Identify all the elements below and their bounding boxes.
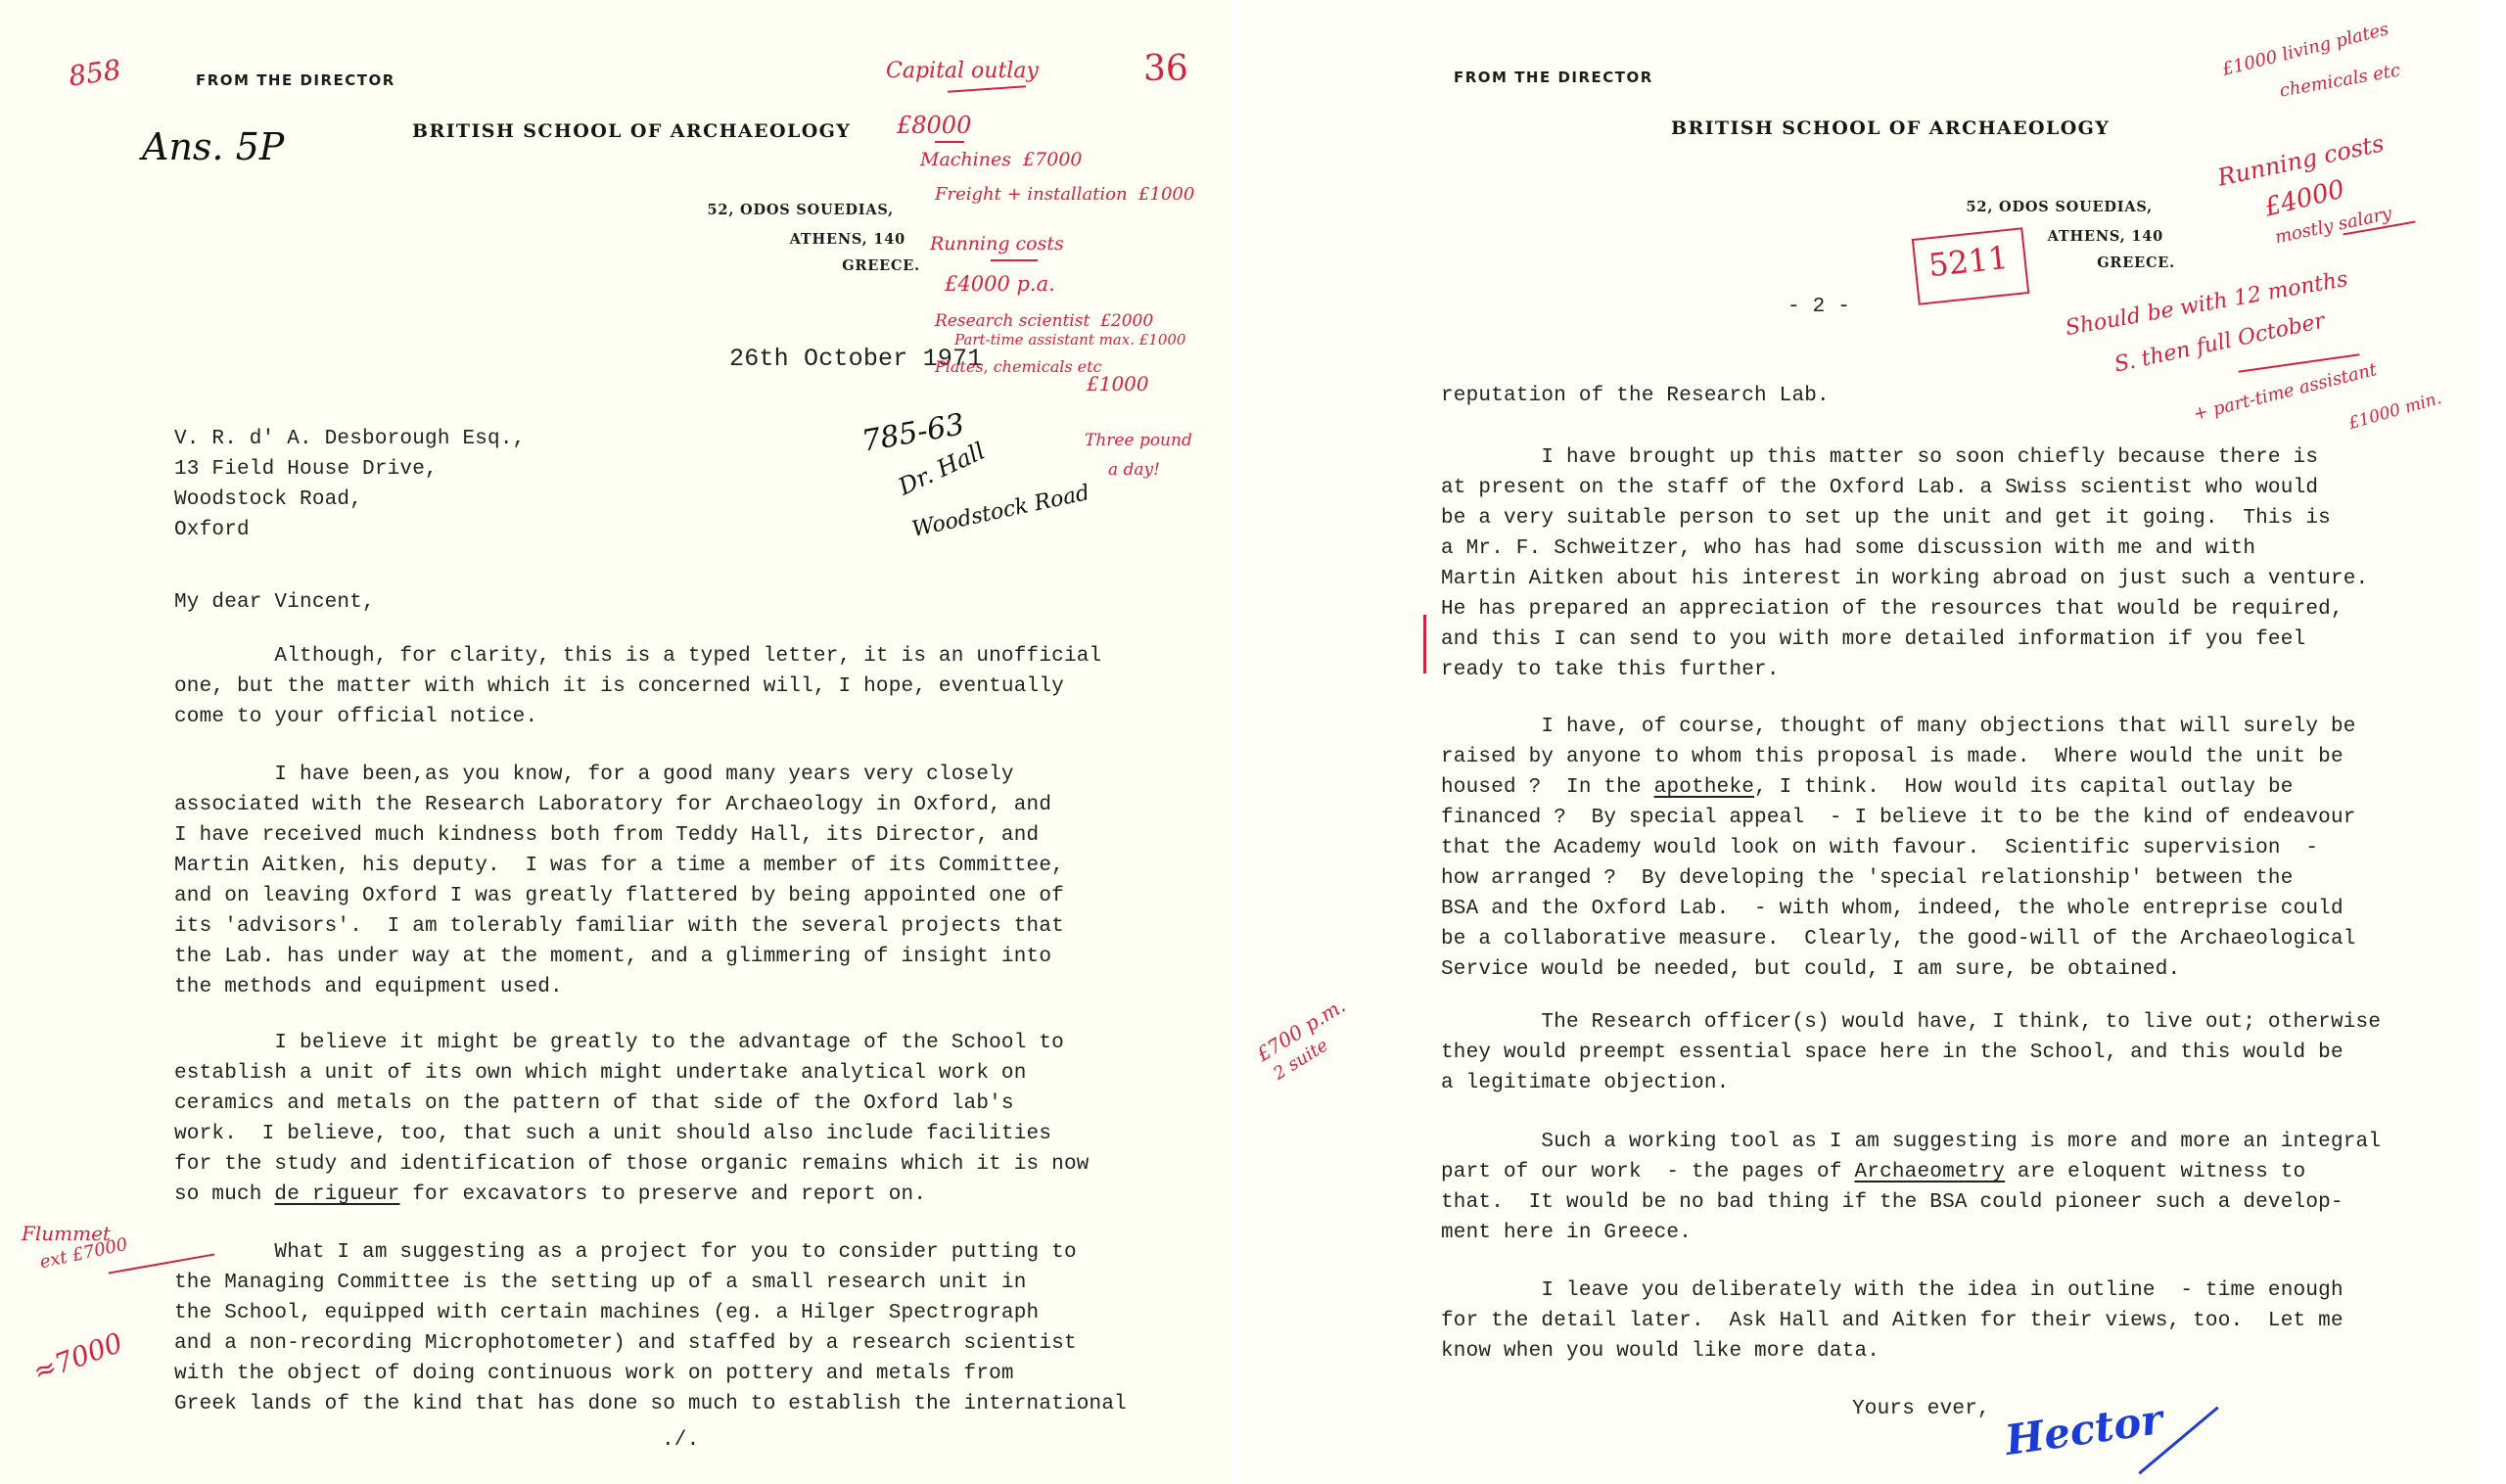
annotation-machines: Machines £7000 xyxy=(920,149,1083,170)
text-line: He has prepared an appreciation of the r… xyxy=(1441,594,2368,625)
text-line: and a non-recording Microphotometer) and… xyxy=(174,1328,1127,1359)
annotation-plates-chemicals: chemicals etc xyxy=(2278,60,2401,101)
text-fragment: for excavators to preserve and report on… xyxy=(399,1183,926,1206)
text-line: and on leaving Oxford I was greatly flat… xyxy=(174,881,1064,911)
text-line: come to your official notice. xyxy=(174,702,1101,732)
text-line: Although, for clarity, this is a typed l… xyxy=(174,641,1101,672)
text-line: know when you would like more data. xyxy=(1441,1336,2344,1367)
text-line: I believe it might be greatly to the adv… xyxy=(174,1028,1090,1058)
text-line: with the object of doing continuous work… xyxy=(174,1359,1127,1389)
text-line: the School, equipped with certain machin… xyxy=(174,1298,1127,1328)
annotation-plates-amount: £1000 xyxy=(1087,372,1149,395)
annotation-capital-outlay: Capital outlay xyxy=(886,59,1039,83)
annotation-three-pound: Three pound xyxy=(1085,431,1192,450)
salutation: My dear Vincent, xyxy=(174,591,375,614)
text-line: the Lab. has under way at the moment, an… xyxy=(174,942,1064,972)
text-line: that the Academy would look on with favo… xyxy=(1441,833,2356,863)
reference-number-annotation: 858 xyxy=(67,53,123,92)
text-line: raised by anyone to whom this proposal i… xyxy=(1441,742,2356,772)
text-line: I leave you deliberately with the idea i… xyxy=(1441,1275,2344,1306)
recipient-address-2: Woodstock Road, xyxy=(174,488,362,511)
annotation-running-costs: Running costs xyxy=(2215,129,2387,191)
complimentary-close: Yours ever, xyxy=(1852,1398,1990,1420)
text-line: financed ? By special appeal - I believe… xyxy=(1441,803,2356,833)
annotation-a-day: a day! xyxy=(1108,460,1160,480)
text-line: Martin Aitken, his deputy. I was for a t… xyxy=(174,851,1064,881)
letterhead-from-line: FROM THE DIRECTOR xyxy=(196,71,395,89)
text-fragment: are eloquent witness to xyxy=(2005,1161,2305,1183)
text-line: they would preempt essential space here … xyxy=(1441,1038,2381,1068)
text-line: ceramics and metals on the pattern of th… xyxy=(174,1089,1090,1119)
text-line: that. It would be no bad thing if the BS… xyxy=(1441,1187,2381,1218)
annotation-underline xyxy=(935,141,964,143)
text-line: associated with the Research Laboratory … xyxy=(174,790,1064,820)
text-line: BSA and the Oxford Lab. - with whom, ind… xyxy=(1441,894,2356,924)
underlined-phrase: Archaeometry xyxy=(1854,1161,2005,1183)
annotation-part-time: Part-time assistant max. £1000 xyxy=(954,331,1185,348)
text-line: I have received much kindness both from … xyxy=(174,820,1064,851)
text-line: its 'advisors'. I am tolerably familiar … xyxy=(174,911,1064,942)
letterhead-from-line: FROM THE DIRECTOR xyxy=(1454,69,1653,86)
text-line: the Managing Committee is the setting up… xyxy=(174,1268,1127,1298)
address-line-1: 52, ODOS SOUEDIAS, xyxy=(708,202,894,218)
text-line: Greek lands of the kind that has done so… xyxy=(174,1389,1127,1419)
text-line: for the detail later. Ask Hall and Aitke… xyxy=(1441,1306,2344,1336)
folio-number-annotation: 36 xyxy=(1143,49,1188,89)
annotation-capital-total: £8000 xyxy=(897,112,971,139)
text-line: how arranged ? By developing the 'specia… xyxy=(1441,863,2356,894)
annotation-margin-mark xyxy=(1423,615,1426,673)
text-line: so much de rigueur for excavators to pre… xyxy=(174,1180,1090,1210)
letter-page-1: 858 FROM THE DIRECTOR Ans. 5P BRITISH SC… xyxy=(0,0,1231,1484)
annotation-research-scientist: Research scientist £2000 xyxy=(935,311,1153,331)
address-line-3: GREECE. xyxy=(2097,255,2175,271)
text-line: work. I believe, too, that such a unit s… xyxy=(174,1119,1090,1149)
text-fragment: part of our work - the pages of xyxy=(1441,1161,1854,1183)
letter-page-2: FROM THE DIRECTOR BRITISH SCHOOL OF ARCH… xyxy=(1241,0,2477,1484)
paragraph-working-tool: Such a working tool as I am suggesting i… xyxy=(1441,1127,2381,1248)
recipient-address-3: Oxford xyxy=(174,519,250,541)
text-line: Martin Aitken about his interest in work… xyxy=(1441,564,2368,594)
paragraph-schweitzer: I have brought up this matter so soon ch… xyxy=(1441,442,2368,685)
text-line: be a collaborative measure. Clearly, the… xyxy=(1441,924,2356,954)
text-fragment: so much xyxy=(174,1183,274,1206)
annotation-underline xyxy=(991,259,1038,261)
paragraph-4: What I am suggesting as a project for yo… xyxy=(174,1237,1127,1419)
text-line: I have been,as you know, for a good many… xyxy=(174,760,1064,790)
annotation-plates: Plates, chemicals etc xyxy=(935,357,1102,376)
underlined-phrase: de rigueur xyxy=(274,1183,399,1206)
recipient-name: V. R. d' A. Desborough Esq., xyxy=(174,428,525,450)
paragraph-objections: I have, of course, thought of many objec… xyxy=(1441,712,2356,985)
paragraph-1: Although, for clarity, this is a typed l… xyxy=(174,641,1101,732)
text-line: a Mr. F. Schweitzer, who has had some di… xyxy=(1441,533,2368,564)
text-fragment: , I think. How would its capital outlay … xyxy=(1754,776,2294,799)
paragraph-2: I have been,as you know, for a good many… xyxy=(174,760,1064,1002)
text-line: part of our work - the pages of Archaeom… xyxy=(1441,1157,2381,1187)
text-fragment: housed ? In the xyxy=(1441,776,1654,799)
address-line-3: GREECE. xyxy=(842,257,920,274)
letterhead-institution: BRITISH SCHOOL OF ARCHAEOLOGY xyxy=(412,120,851,142)
text-line: for the study and identification of thos… xyxy=(174,1149,1090,1180)
address-line-2: ATHENS, 140 xyxy=(790,231,905,248)
paragraph-research-officer: The Research officer(s) would have, I th… xyxy=(1441,1007,2381,1098)
annotation-freight: Freight + installation £1000 xyxy=(935,184,1194,205)
text-line: establish a unit of its own which might … xyxy=(174,1058,1090,1089)
text-line: I have brought up this matter so soon ch… xyxy=(1441,442,2368,473)
text-line: ment here in Greece. xyxy=(1441,1218,2381,1248)
text-line: be a very suitable person to set up the … xyxy=(1441,503,2368,533)
signature: Hector xyxy=(2002,1395,2165,1464)
opening-line: reputation of the Research Lab. xyxy=(1441,385,1830,407)
letterhead-institution: BRITISH SCHOOL OF ARCHAEOLOGY xyxy=(1671,117,2110,139)
page-number: - 2 - xyxy=(1787,296,1850,318)
annotation-running-total: £4000 p.a. xyxy=(945,272,1055,296)
text-line: a legitimate objection. xyxy=(1441,1068,2381,1098)
text-line: the methods and equipment used. xyxy=(174,972,1064,1002)
paragraph-closing: I leave you deliberately with the idea i… xyxy=(1441,1275,2344,1367)
annotation-approx-7000: ≈7000 xyxy=(28,1326,126,1388)
address-line-1: 52, ODOS SOUEDIAS, xyxy=(1967,199,2153,215)
answered-annotation: Ans. 5P xyxy=(142,125,284,168)
annotation-woodstock-road: Woodstock Road xyxy=(909,481,1091,542)
annotation-underline xyxy=(948,85,1026,93)
text-line: Service would be needed, but could, I am… xyxy=(1441,954,2356,985)
text-line: housed ? In the apotheke, I think. How w… xyxy=(1441,772,2356,803)
text-line: The Research officer(s) would have, I th… xyxy=(1441,1007,2381,1038)
text-line: and this I can send to you with more det… xyxy=(1441,625,2368,655)
text-line: ready to take this further. xyxy=(1441,655,2368,685)
underlined-phrase: apotheke xyxy=(1654,776,1754,799)
text-line: Such a working tool as I am suggesting i… xyxy=(1441,1127,2381,1157)
continuation-mark: ./. xyxy=(662,1429,699,1452)
annotation-schedule-4: £1000 min. xyxy=(2346,389,2443,434)
annotation-running-costs: Running costs xyxy=(930,233,1064,255)
address-line-2: ATHENS, 140 xyxy=(2048,228,2163,245)
text-line: What I am suggesting as a project for yo… xyxy=(174,1237,1127,1268)
paragraph-3: I believe it might be greatly to the adv… xyxy=(174,1028,1090,1210)
text-line: I have, of course, thought of many objec… xyxy=(1441,712,2356,742)
recipient-address-1: 13 Field House Drive, xyxy=(174,458,438,481)
text-line: at present on the staff of the Oxford La… xyxy=(1441,473,2368,503)
text-line: one, but the matter with which it is con… xyxy=(174,672,1101,702)
